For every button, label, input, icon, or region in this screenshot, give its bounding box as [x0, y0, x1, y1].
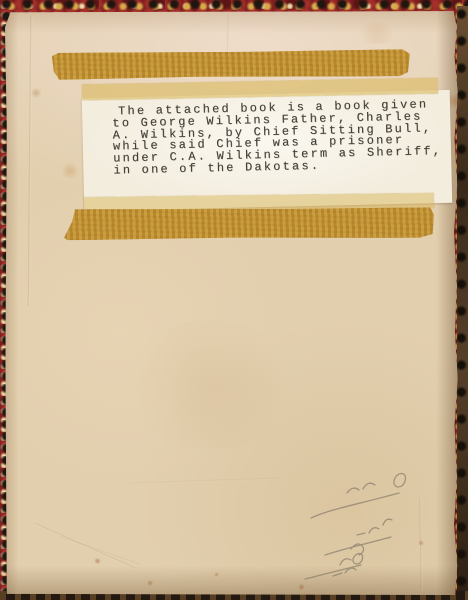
stain-spot [214, 572, 219, 577]
stain-spot [60, 163, 80, 179]
pencil-arithmetic-scribbles [295, 455, 430, 580]
book-inside-cover-photo: The attached book is a book given to Geo… [0, 0, 468, 600]
stain-spot [147, 580, 153, 586]
stain-spot [355, 22, 399, 44]
masking-tape-bottom [64, 207, 434, 241]
stain-spot [30, 88, 42, 98]
masking-tape-top [52, 49, 410, 80]
stain-spot [120, 320, 300, 450]
stain-spot [298, 584, 305, 590]
stain-spot [94, 558, 101, 564]
stain-spot [448, 92, 462, 110]
